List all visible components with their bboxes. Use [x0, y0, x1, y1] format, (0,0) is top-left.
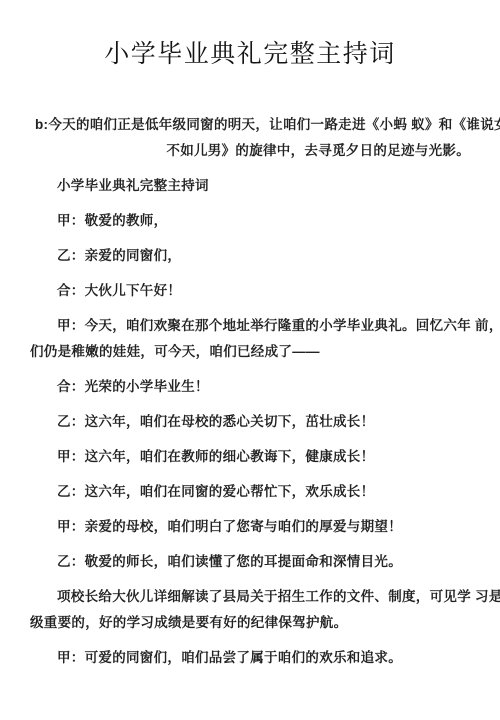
text-line: 甲：这六年，咱们在教师的细心教诲下，健康成长！ [30, 444, 470, 470]
text-line: 乙：亲爱的同窗们， [30, 243, 470, 269]
paragraph-host-a-closing: 甲：可爱的同窗们，咱们品尝了属于咱们的欢乐和追求。 [30, 645, 470, 671]
paragraph-host-a-greeting: 甲：敬爱的教师， [30, 208, 470, 234]
text-line: 级重要的，好的学习成绩是要有好的纪律保驾护航。 [30, 610, 470, 636]
text-line: 合：光荣的小学毕业生！ [30, 374, 470, 400]
document-page: 小学毕业典礼完整主持词 b:今天的咱们正是低年级同窗的明天，让咱们一路走进《小蚂… [0, 0, 500, 720]
paragraph-host-b-teachers: 乙：敬爱的师长，咱们读懂了您的耳提面命和深情目光。 [30, 549, 470, 575]
paragraph-host-a-alma-mater: 甲：亲爱的母校，咱们明白了您寄与咱们的厚爱与期望！ [30, 514, 470, 540]
paragraph-subtitle: 小学毕业典礼完整主持词 [30, 173, 470, 199]
paragraph-host-b-alma-mater-care: 乙：这六年，咱们在母校的悉心关切下，茁壮成长！ [30, 409, 470, 435]
text-line: 甲：敬爱的教师， [30, 208, 470, 234]
text-line: 甲：亲爱的母校，咱们明白了您寄与咱们的厚爱与期望！ [30, 514, 470, 540]
text-line: 甲：今天，咱们欢聚在那个地址举行隆重的小学毕业典礼。回忆六年 前，咱 [30, 313, 470, 339]
text-line: 甲：可爱的同窗们，咱们品尝了属于咱们的欢乐和追求。 [30, 645, 470, 671]
paragraph-host-b-greeting: 乙：亲爱的同窗们， [30, 243, 470, 269]
text-line: 项校长给大伙儿详细解读了县局关于招生工作的文件、制度，可见学 习是超 [30, 584, 470, 610]
text-line: 乙：这六年，咱们在同窗的爱心帮忙下，欢乐成长！ [30, 479, 470, 505]
text-line: 不如儿男》的旋律中，去寻觅夕日的足迹与光影。 [30, 138, 470, 164]
text-line: b:今天的咱们正是低年级同窗的明天，让咱们一路走进《小蚂 蚁》和《谁说女子 [30, 112, 470, 138]
paragraph-both-graduates: 合：光荣的小学毕业生！ [30, 374, 470, 400]
paragraph-host-b-classmates-help: 乙：这六年，咱们在同窗的爱心帮忙下，欢乐成长！ [30, 479, 470, 505]
paragraph-intro-b: b:今天的咱们正是低年级同窗的明天，让咱们一路走进《小蚂 蚁》和《谁说女子 不如… [30, 112, 470, 164]
paragraph-principal-speech: 项校长给大伙儿详细解读了县局关于招生工作的文件、制度，可见学 习是超 级重要的，… [30, 584, 470, 636]
text-line: 乙：这六年，咱们在母校的悉心关切下，茁壮成长！ [30, 409, 470, 435]
text-line: 们仍是稚嫩的娃娃，可今天，咱们已经成了—— [30, 339, 470, 365]
paragraph-both-greeting: 合：大伙儿下午好！ [30, 278, 470, 304]
paragraph-host-a-teachers-guidance: 甲：这六年，咱们在教师的细心教诲下，健康成长！ [30, 444, 470, 470]
page-title: 小学毕业典礼完整主持词 [30, 38, 470, 72]
text-line: 乙：敬爱的师长，咱们读懂了您的耳提面命和深情目光。 [30, 549, 470, 575]
text-line: 合：大伙儿下午好！ [30, 278, 470, 304]
paragraph-host-a-opening: 甲：今天，咱们欢聚在那个地址举行隆重的小学毕业典礼。回忆六年 前，咱 们仍是稚嫩… [30, 313, 470, 365]
text-line: 小学毕业典礼完整主持词 [30, 173, 470, 199]
